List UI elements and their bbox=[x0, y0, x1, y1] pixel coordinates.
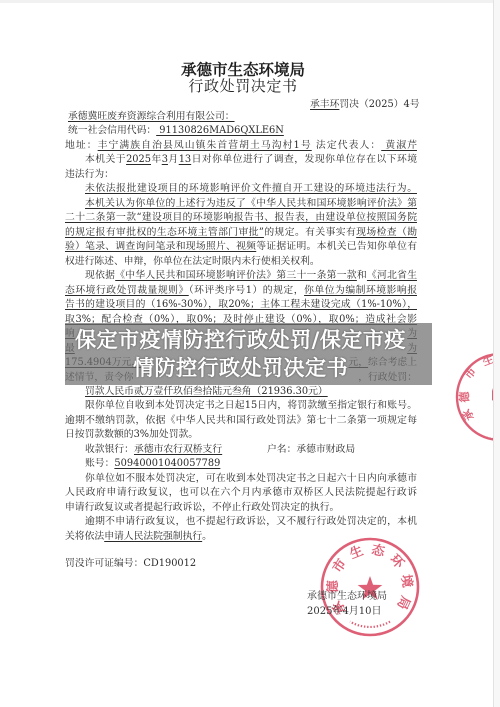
document-type-title: 行政处罚决定书 bbox=[0, 77, 486, 95]
text-segment: 态环境行政处罚裁量规则》 bbox=[65, 285, 189, 296]
text-segment: 的规定。有关事实有 bbox=[264, 227, 356, 238]
body-line: 人民政府申请行政复议，也可以在六个月内承德市双桥区人民法院提起行政诉讼。 bbox=[65, 486, 417, 500]
caption-line-2: 情防控行政处罚决定书 bbox=[65, 354, 416, 382]
text-segment: 逾期不申请行政复议，也不提起行政诉讼，又不履行行政处罚决定的，本机 bbox=[85, 516, 417, 527]
body-line: 你单位如不服本处罚决定，可在收到本处罚决定书之日起六十日内向承德市 bbox=[65, 472, 417, 486]
body-line: 申请行政复议或者提起行政诉讼，不停止行政处罚决定的执行。 bbox=[65, 501, 417, 515]
body-line: 违法行为： bbox=[65, 168, 417, 182]
body-line: 权进行陈述、申辩，你单位在法定时限内未行使相关权利。 bbox=[65, 255, 417, 269]
text-segment: 限你单位自收到本处罚决定书之日起15日内，将罚款缴至指定银行和账号。 bbox=[85, 400, 417, 411]
text-segment: 违法行为： bbox=[65, 169, 114, 180]
text-segment: 现场检查（勘 bbox=[356, 227, 417, 238]
text-segment: 本机关认为你单位的上述行为违反了《中华人民共和国环境影响评价法》第 bbox=[85, 198, 417, 209]
party-name: 承德冀旺废弃资源综合利用有限公司： bbox=[68, 111, 235, 122]
fine-amount-line: 罚款人民币贰万壹仟玖佰叁拾陆元叁角（21936.30元） bbox=[65, 385, 417, 399]
violation-description: 未依法报批建设项目的环境影响评价文件擅自开工建设的环境违法行为。 bbox=[85, 183, 417, 194]
text-segment: 《河北省生 bbox=[367, 270, 417, 281]
text-segment: 现依据 bbox=[85, 270, 115, 281]
investigation-year: 2025 bbox=[126, 154, 151, 165]
text-segment: 逾期不缴纳罚款，依据《中华人民共和国行政处罚法》第七十二条第一项规定每 bbox=[65, 415, 417, 426]
body-line: 现依据《中华人民共和国环境影响评价法》第三十一条第一款和《河北省生 bbox=[65, 269, 417, 283]
body-line: 本机关认为你单位的上述行为违反了《中华人民共和国环境影响评价法》第 bbox=[65, 197, 417, 211]
text-segment: 人民政府申请行政复议，也可以在六个月内承德市双桥区人民法院提起行政诉讼。 bbox=[65, 487, 417, 500]
text-segment: 和 bbox=[357, 270, 367, 281]
text-segment: 月 bbox=[168, 154, 179, 165]
text-segment: 《中华人民共和国环境影响评价法》第三十一条第一款 bbox=[115, 270, 357, 281]
body-line: 验）笔录、调查询问笔录和现场照片、视频等证据证明。本机关已告知你单位有 bbox=[65, 240, 417, 254]
text-segment: 验）笔录、调查询问笔录和现场照片、视频 bbox=[65, 241, 256, 252]
text-segment: 本机关于 bbox=[85, 154, 126, 165]
credit-code-label: 统一社会信用代码： bbox=[68, 125, 156, 136]
seam-seal-char: 市 bbox=[461, 364, 479, 381]
bank-name: 承德市农行双桥支行 bbox=[134, 444, 222, 455]
seam-seal-char: 承 bbox=[459, 407, 477, 423]
document-number-prefix: 承丰环 bbox=[310, 99, 339, 110]
body-line: 日按罚款数额的3%加处罚款。 bbox=[65, 428, 417, 442]
text-segment: 等证据证明。本机关已告知你单位有 bbox=[256, 241, 417, 252]
scan-top-edge bbox=[0, 0, 500, 3]
address-line: 地址：丰宁满族自治县凤山镇朱首营胡土马沟村1号 法定代表人： 黄淑芹 bbox=[65, 139, 417, 153]
text-segment: 申请人民法院强制执行 bbox=[104, 531, 202, 542]
page-right-edge bbox=[493, 0, 500, 707]
text-segment: 权进行陈述、申辩，你单位在法定时限内未行使相关权利。 bbox=[65, 256, 320, 267]
account-number: 50940001040057789 bbox=[114, 458, 220, 469]
text-segment: 的规定报有审批权的生态环境主管部门审批” bbox=[65, 227, 264, 238]
seam-seal-icon: 生 市 德 承 bbox=[450, 350, 493, 444]
text-segment: （环评类序号1）的规定， bbox=[189, 285, 304, 296]
account-holder: 户名：承德市财政局 bbox=[267, 443, 355, 457]
investigation-day: 13 bbox=[179, 154, 191, 165]
body-line: 的规定报有审批权的生态环境主管部门审批”的规定。有关事实有现场检查（勘 bbox=[65, 226, 417, 240]
official-seal-icon: 承德市生态环境局 bbox=[318, 535, 422, 639]
body-line: 二十二条第一款“建设项目的环境影响报告书、报告表，由建设单位按照国务院 bbox=[65, 211, 417, 225]
star-icon bbox=[492, 388, 493, 404]
body-line: 逾期不缴纳罚款，依据《中华人民共和国行政处罚法》第七十二条第一项规定每 bbox=[65, 414, 417, 428]
body-line: 限你单位自收到本处罚决定书之日起15日内，将罚款缴至指定银行和账号。 bbox=[65, 399, 417, 413]
party-name-line: 承德冀旺废弃资源综合利用有限公司： bbox=[68, 110, 420, 124]
bank-line: 收款银行：承德市农行双桥支行户名：承德市财政局 bbox=[65, 443, 417, 457]
account-line: 账号：50940001040057789 bbox=[65, 457, 417, 471]
document-number-rest: 罚决（2025）4号 bbox=[339, 99, 419, 110]
seam-seal-char: 生 bbox=[480, 352, 493, 369]
credit-code-value: 91130826MAD6QXLE6N bbox=[156, 125, 284, 136]
violation-line: 未依法报批建设项目的环境影响评价文件擅自开工建设的环境违法行为。 bbox=[65, 182, 417, 196]
bank-label: 收款银行： bbox=[85, 444, 134, 455]
legal-rep-label: 法定代表人： bbox=[312, 140, 382, 151]
legal-rep-value: 黄淑芹 bbox=[381, 140, 417, 151]
text-segment: 日对你单位进行了调查，发现你单位存在以下环境 bbox=[191, 154, 417, 165]
text-segment: 告书的建设项目的（16%-30%），取20%；主体工程未建设完成（1%-10%）… bbox=[65, 299, 417, 310]
caption-line-1: 保定市疫情防控行政处罚/保定市疫 bbox=[65, 326, 416, 354]
signature-date: 2025年4月10日 bbox=[307, 605, 382, 619]
signature-agency: 承德市生态环境局 bbox=[307, 590, 387, 604]
text-segment: 关将依法 bbox=[65, 531, 104, 542]
text-segment: 二十二条第一款“建设项目的环境影响报告书、报告表，由建设单位按照国务院 bbox=[65, 212, 417, 223]
body-line: 逾期不申请行政复议，也不提起行政诉讼，又不履行行政处罚决定的，本机 bbox=[65, 515, 417, 529]
text-segment: 你单位如不服本处罚决定，可在收到本处罚决定书之日起六十日内向承德市 bbox=[85, 473, 417, 484]
account-label: 账号： bbox=[85, 458, 114, 469]
text-segment: 申请行政复议或者提起行政诉讼，不停止行政处罚决定的执行。 bbox=[65, 502, 339, 513]
text-segment: 日按罚款数额的3%加处罚款。 bbox=[65, 429, 198, 440]
body-line: 告书的建设项目的（16%-30%），取20%；主体工程未建设完成（1%-10%）… bbox=[65, 298, 417, 312]
caption-overlay: 保定市疫情防控行政处罚/保定市疫 情防控行政处罚决定书 bbox=[65, 323, 432, 385]
fine-amount: 罚款人民币贰万壹仟玖佰叁拾陆元叁角（21936.30元） bbox=[85, 386, 328, 397]
credit-code-line: 统一社会信用代码： 91130826MAD6QXLE6N bbox=[68, 124, 420, 138]
text-segment: 年 bbox=[151, 154, 162, 165]
address-label: 地址： bbox=[65, 140, 98, 151]
seam-seal-char: 德 bbox=[457, 391, 471, 403]
body-line: 本机关于2025年3月13日对你单位进行了调查，发现你单位存在以下环境 bbox=[65, 153, 417, 167]
address-value: 丰宁满族自治县凤山镇朱首营胡土马沟村1号 bbox=[98, 140, 312, 151]
body-line: 态环境行政处罚裁量规则》（环评类序号1）的规定，你单位为编制环境影响报 bbox=[65, 284, 417, 298]
text-segment: 。 bbox=[202, 531, 212, 542]
text-segment: 你单位为编制环境影响报 bbox=[304, 285, 417, 296]
